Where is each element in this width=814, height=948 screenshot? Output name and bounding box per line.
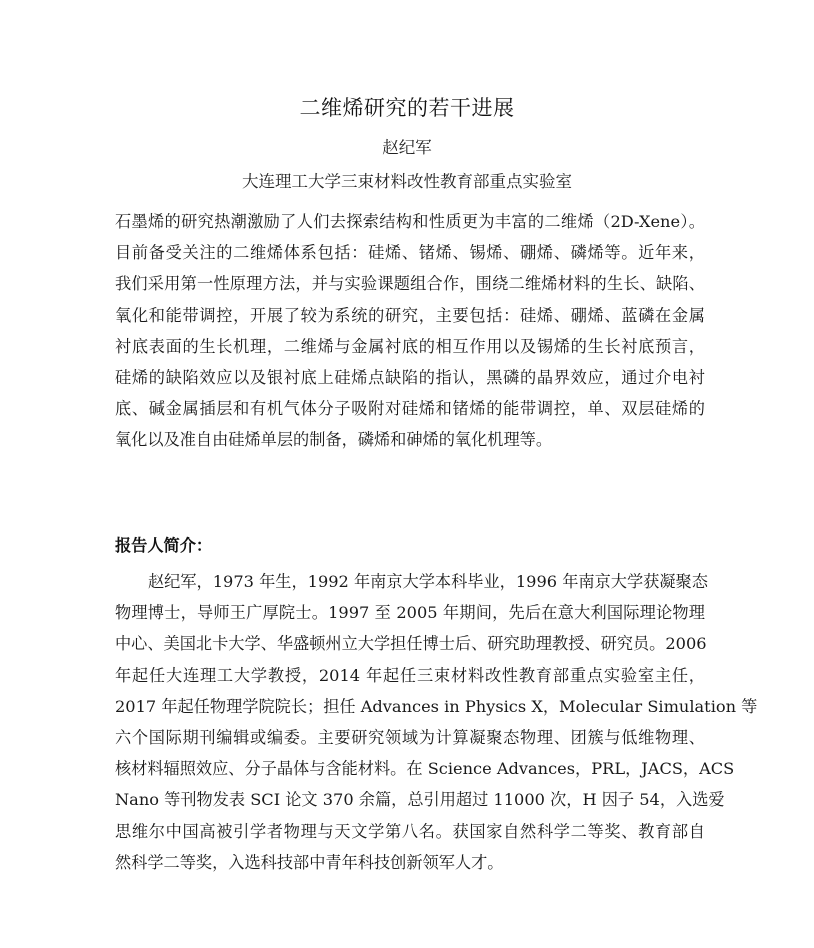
abstract-line: 我们采用第一性原理方法，并与实验课题组合作，围绕二维烯材料的生长、缺陷、 — [115, 268, 705, 299]
bio-line: 2017 年起任物理学院院长；担任 Advances in Physics X，… — [115, 691, 705, 722]
bio-line: 六个国际期刊编辑或编委。主要研究领域为计算凝聚态物理、团簇与低维物理、 — [115, 722, 705, 753]
bio-line: 然科学二等奖，入选科技部中青年科技创新领军人才。 — [115, 847, 705, 878]
abstract-line: 目前备受关注的二维烯体系包括：硅烯、锗烯、锡烯、硼烯、磷烯等。近年来， — [115, 237, 705, 268]
document-page: 二维烯研究的若干进展 赵纪军 大连理工大学三束材料改性教育部重点实验室 石墨烯的… — [0, 0, 814, 948]
bio-line: 赵纪军，1973 年生，1992 年南京大学本科毕业，1996 年南京大学获凝聚… — [115, 566, 705, 597]
bio-paragraph: 赵纪军，1973 年生，1992 年南京大学本科毕业，1996 年南京大学获凝聚… — [115, 566, 705, 878]
bio-line: 思维尔中国高被引学者物理与天文学第八名。获国家自然科学二等奖、教育部自 — [115, 816, 705, 847]
author-affiliation: 大连理工大学三束材料改性教育部重点实验室 — [0, 170, 814, 194]
bio-line: 物理博士，导师王广厚院士。1997 至 2005 年期间，先后在意大利国际理论物… — [115, 597, 705, 628]
abstract-line: 石墨烯的研究热潮激励了人们去探索结构和性质更为丰富的二维烯（2D-Xene）。 — [115, 206, 705, 237]
abstract-paragraph: 石墨烯的研究热潮激励了人们去探索结构和性质更为丰富的二维烯（2D-Xene）。 … — [115, 206, 705, 456]
bio-line: Nano 等刊物发表 SCI 论文 370 余篇，总引用超过 11000 次，H… — [115, 784, 705, 815]
bio-line: 年起任大连理工大学教授，2014 年起任三束材料改性教育部重点实验室主任， — [115, 660, 705, 691]
abstract-line: 底、碱金属插层和有机气体分子吸附对硅烯和锗烯的能带调控，单、双层硅烯的 — [115, 393, 705, 424]
abstract-line: 硅烯的缺陷效应以及银衬底上硅烯点缺陷的指认，黑磷的晶界效应，通过介电衬 — [115, 362, 705, 393]
document-title: 二维烯研究的若干进展 — [0, 92, 814, 124]
abstract-line: 衬底表面的生长机理，二维烯与金属衬底的相互作用以及锡烯的生长衬底预言， — [115, 331, 705, 362]
abstract-line: 氧化以及准自由硅烯单层的制备，磷烯和砷烯的氧化机理等。 — [115, 424, 705, 455]
bio-line: 核材料辐照效应、分子晶体与含能材料。在 Science Advances，PRL… — [115, 753, 705, 784]
author-name: 赵纪军 — [0, 136, 814, 160]
bio-line: 中心、美国北卡大学、华盛顿州立大学担任博士后、研究助理教授、研究员。2006 — [115, 628, 705, 659]
abstract-line: 氧化和能带调控，开展了较为系统的研究，主要包括：硅烯、硼烯、蓝磷在金属 — [115, 300, 705, 331]
bio-heading: 报告人简介： — [115, 534, 212, 558]
